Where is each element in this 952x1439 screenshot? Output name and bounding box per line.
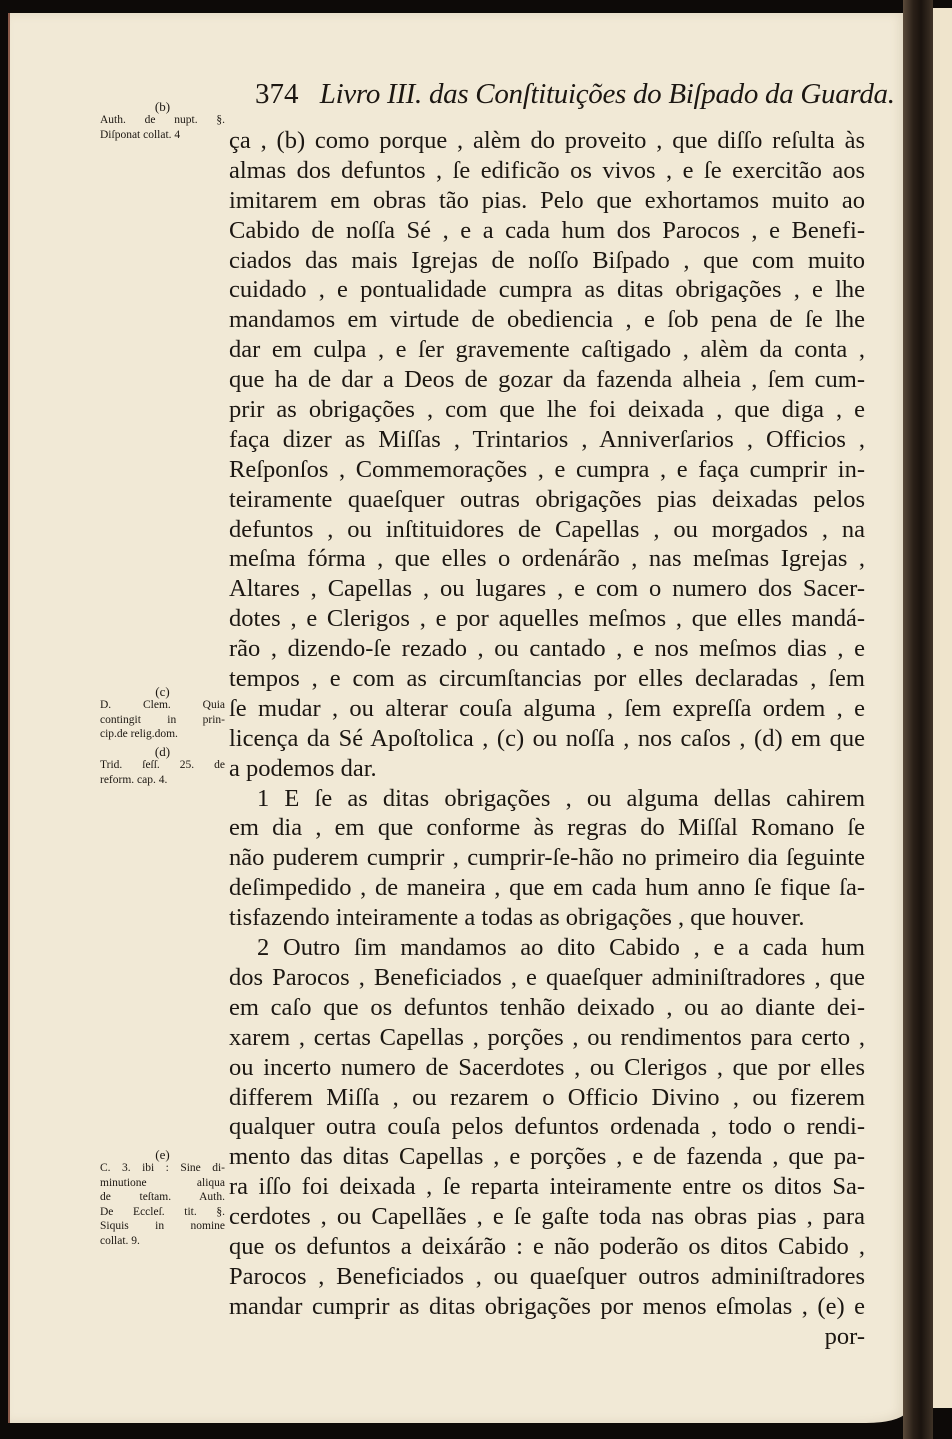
text-line: licença da Sé Apoſtolica , (c) ou noſſa …	[229, 724, 865, 754]
text-line: deſimpedido , de maneira , que em cada h…	[229, 873, 865, 903]
margin-note-c: (c) D. Clem. Quia contingit in prin- cip…	[100, 685, 225, 742]
text-line: mandar cumprir as ditas obrigações por m…	[229, 1292, 865, 1322]
text-line: dos Parocos , Beneficiados , e quaeſquer…	[229, 963, 865, 993]
text-line: Altares , Capellas , ou lugares , e com …	[229, 574, 865, 604]
text-line: Parocos , Beneficiados , ou quaeſquer ou…	[229, 1262, 865, 1292]
text-line: mandamos em virtude de obediencia , e ſo…	[229, 305, 865, 335]
text-line: almas dos defuntos , ſe edificão os vivo…	[229, 156, 865, 186]
text-line: mento das ditas Capellas , e porções , e…	[229, 1142, 865, 1172]
text-line: ciados das mais Igrejas de noſſo Biſpado…	[229, 246, 865, 276]
text-line: tisfazendo inteiramente a todas as obrig…	[229, 903, 865, 933]
text-line: que os defuntos a deixárão : e não poder…	[229, 1232, 865, 1262]
text-line: faça dizer as Miſſas , Trintarios , Anni…	[229, 425, 865, 455]
text-line: prir as obrigações , com que lhe foi dei…	[229, 395, 865, 425]
text-line: ça , (b) como porque , alèm do proveito …	[229, 126, 865, 156]
text-line: tempos , e com as circumſtancias por ell…	[229, 664, 865, 694]
text-line: ou incerto numero de Sacerdotes , ou Cle…	[229, 1053, 865, 1083]
text-line: ra iſſo foi deixada , ſe reparta inteira…	[229, 1172, 865, 1202]
text-line: que ha de dar a Deos de gozar da fazenda…	[229, 365, 865, 395]
next-page-edge	[933, 8, 952, 1408]
page-header: 374 Livro III. das Conſtituições do Biſp…	[255, 78, 865, 114]
text-line: não puderem cumprir , cumprir-ſe-hão no …	[229, 843, 865, 873]
catchword: por-	[229, 1322, 865, 1352]
text-line: teiramente quaeſquer outras obrigações p…	[229, 485, 865, 515]
text-line: dotes , e Clerigos , e por aquelles meſm…	[229, 604, 865, 634]
body-text: ça , (b) como porque , alèm do proveito …	[229, 126, 865, 1352]
book-gutter	[903, 0, 933, 1439]
text-line: Cabido de noſſa Sé , e a cada hum dos Pa…	[229, 216, 865, 246]
text-line: rão , dizendo-ſe rezado , ou cantado , e…	[229, 634, 865, 664]
text-line: qualquer outra couſa pelos defuntos orde…	[229, 1112, 865, 1142]
text-line: ſe mudar , ou alterar couſa alguma , ſem…	[229, 694, 865, 724]
text-line: differem Miſſa , ou rezarem o Officio Di…	[229, 1083, 865, 1113]
text-line: Reſponſos , Commemorações , e cumpra , e…	[229, 455, 865, 485]
text-line: dar em culpa , e ſer gravemente caſtigad…	[229, 335, 865, 365]
text-line: a podemos dar.	[229, 754, 865, 784]
text-line: meſma fórma , que elles o ordenárão , na…	[229, 544, 865, 574]
text-line: xarem , certas Capellas , porções , ou r…	[229, 1023, 865, 1053]
text-line: imitarem em obras tão pias. Pelo que exh…	[229, 186, 865, 216]
margin-note-b: (b) Auth. de nupt. §. Diſponat collat. 4	[100, 100, 225, 142]
margin-note-e: (e) C. 3. ibi : Sine di- minutione aliqu…	[100, 1148, 225, 1248]
text-line: cuidado , e pontualidade cumpra as ditas…	[229, 275, 865, 305]
text-line: defuntos , ou inſtituidores de Capellas …	[229, 515, 865, 545]
text-line: cerdotes , ou Capellães , e ſe gaſte tod…	[229, 1202, 865, 1232]
paragraph-2-start: 2 Outro ſim mandamos ao dito Cabido , e …	[229, 933, 865, 963]
running-title: Livro III. das Conſtituições do Biſpado …	[320, 78, 895, 110]
paragraph-1-start: 1 E ſe as ditas obrigações , ou alguma d…	[229, 784, 865, 814]
text-line: em caſo que os defuntos tenhão deixado ,…	[229, 993, 865, 1023]
margin-note-d: (d) Trid. ſeſſ. 25. de reform. cap. 4.	[100, 745, 225, 787]
text-line: em dia , em que conforme às regras do Mi…	[229, 813, 865, 843]
page-number: 374	[255, 78, 299, 110]
